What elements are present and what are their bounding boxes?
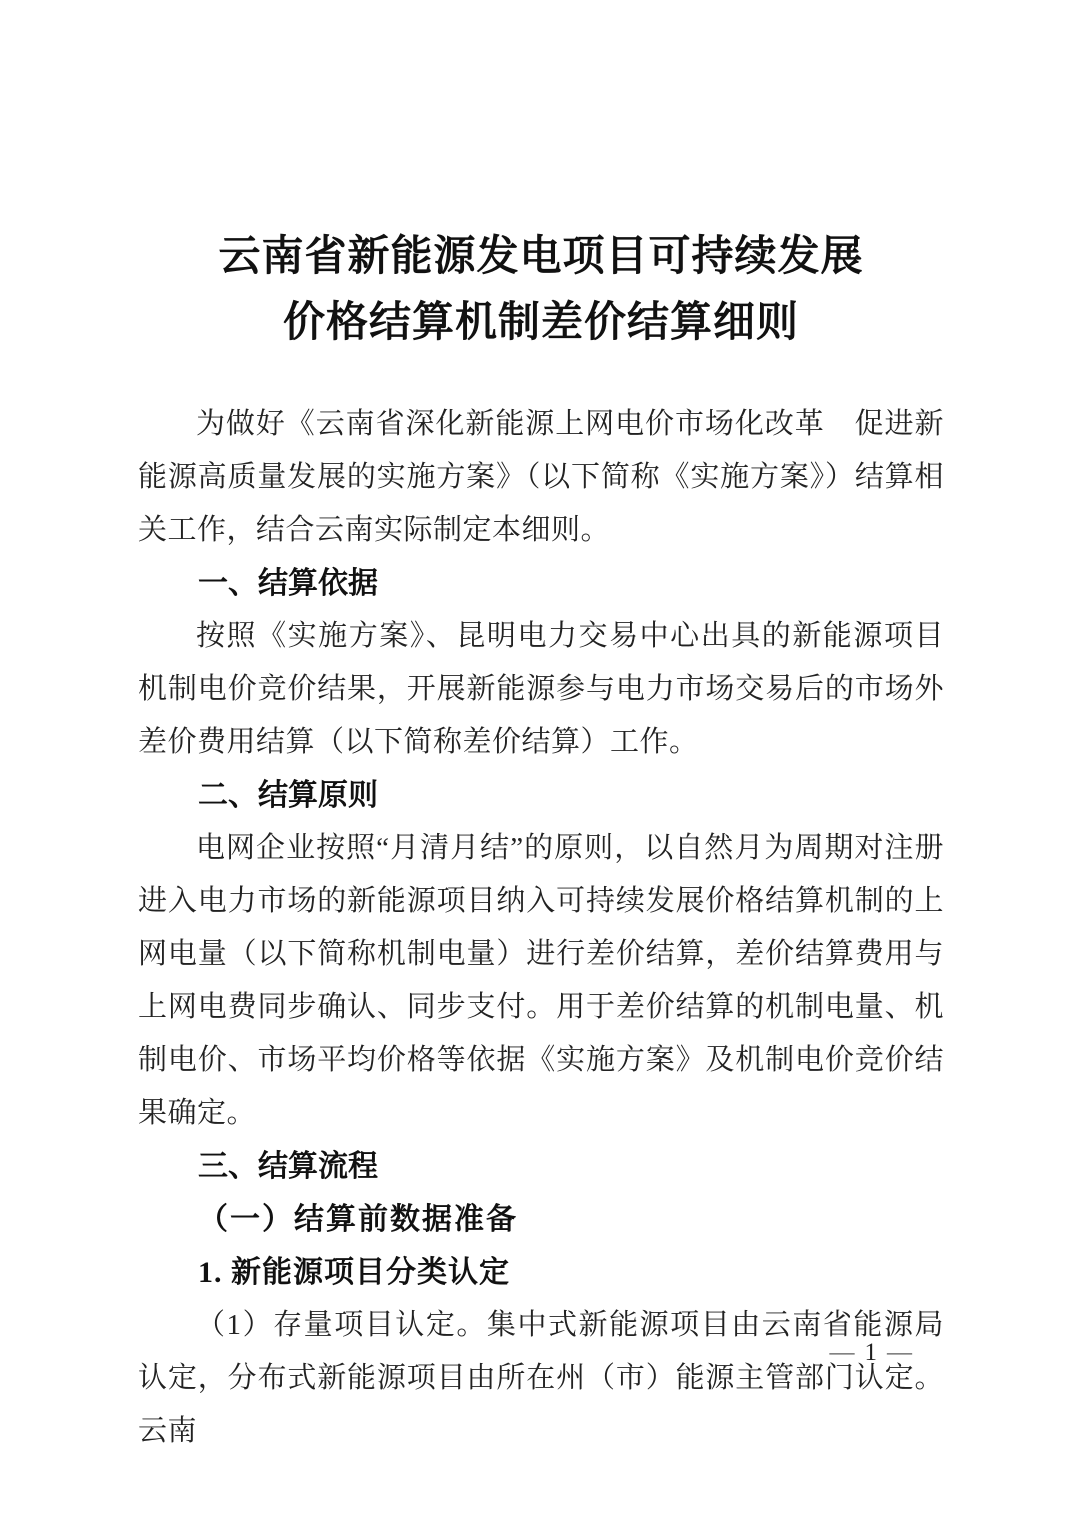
document-content: 云南省新能源发电项目可持续发展 价格结算机制差价结算细则 为做好《云南省深化新能…: [138, 0, 944, 1458]
intro-paragraph: 为做好《云南省深化新能源上网电价市场化改革 促进新能源高质量发展的实施方案》（以…: [138, 398, 944, 557]
footer-dash-right: —: [879, 1339, 922, 1366]
section-2-paragraph: 电网企业按照“月清月结”的原则，以自然月为周期对注册进入电力市场的新能源项目纳入…: [138, 822, 944, 1140]
document-body: 为做好《云南省深化新能源上网电价市场化改革 促进新能源高质量发展的实施方案》（以…: [138, 398, 944, 1458]
section-2-heading: 二、结算原则: [138, 769, 944, 822]
page-number: 1: [865, 1339, 880, 1366]
section-3-sub-1-heading: （一）结算前数据准备: [138, 1193, 944, 1246]
document-title-line-2: 价格结算机制差价结算细则: [138, 290, 944, 356]
page-footer: —1—: [822, 1338, 923, 1368]
document-page: 云南省新能源发电项目可持续发展 价格结算机制差价结算细则 为做好《云南省深化新能…: [0, 0, 1080, 1527]
section-3-item-1-paragraph: （1）存量项目认定。集中式新能源项目由云南省能源局认定，分布式新能源项目由所在州…: [138, 1299, 944, 1458]
section-1-paragraph: 按照《实施方案》、昆明电力交易中心出具的新能源项目机制电价竞价结果，开展新能源参…: [138, 610, 944, 769]
section-3-item-1-heading: 1. 新能源项目分类认定: [138, 1246, 944, 1299]
document-title: 云南省新能源发电项目可持续发展 价格结算机制差价结算细则: [138, 0, 944, 356]
section-3-heading: 三、结算流程: [138, 1140, 944, 1193]
section-1-heading: 一、结算依据: [138, 557, 944, 610]
footer-dash-left: —: [822, 1339, 865, 1366]
document-title-line-1: 云南省新能源发电项目可持续发展: [138, 224, 944, 290]
